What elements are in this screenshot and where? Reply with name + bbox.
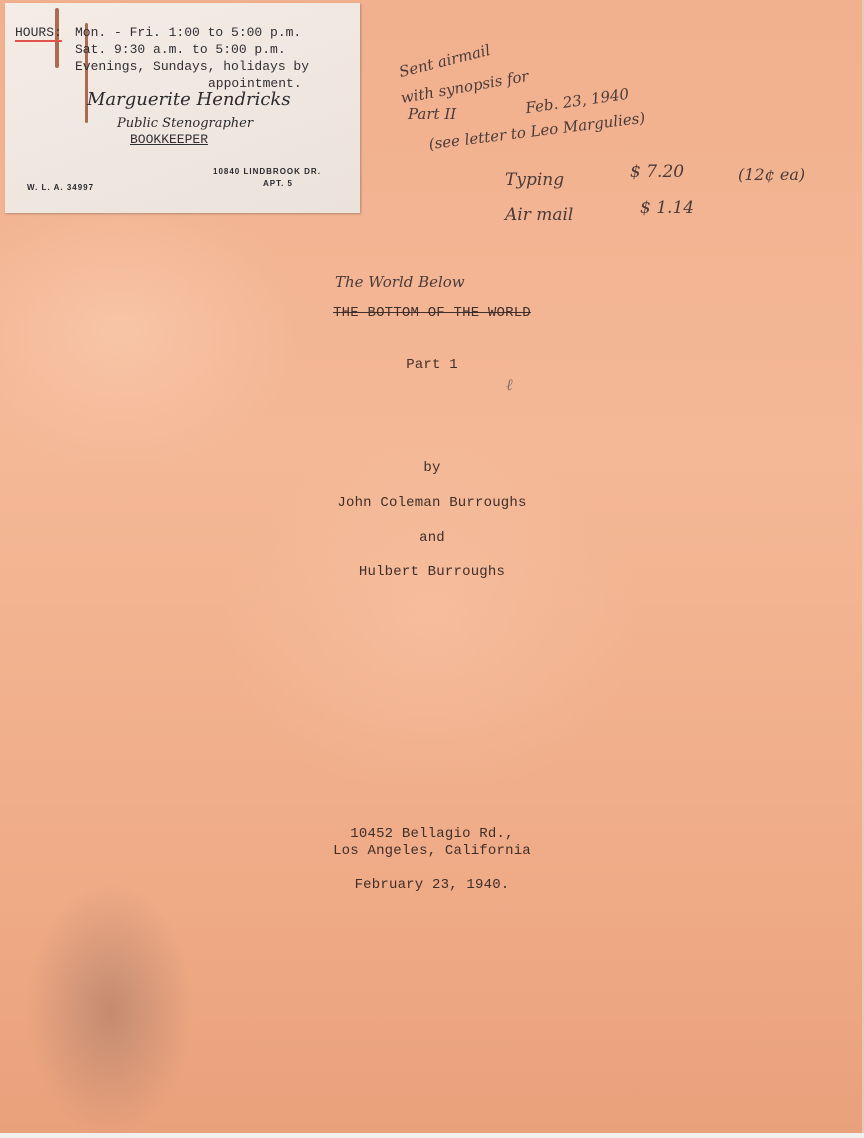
author-1: John Coleman Burroughs xyxy=(0,495,864,511)
note-line: Typing xyxy=(505,170,564,190)
card-title: Public Stenographer xyxy=(117,116,253,131)
author-2: Hulbert Burroughs xyxy=(0,564,864,580)
and-label: and xyxy=(0,530,864,546)
handwritten-title: The World Below xyxy=(335,273,465,291)
note-line: Air mail xyxy=(505,205,573,225)
card-address-line1: 10840 LINDBROOK DR. xyxy=(213,167,321,176)
note-line: Part II xyxy=(408,105,456,123)
part-label: Part 1 xyxy=(0,357,864,373)
by-label: by xyxy=(0,460,864,476)
card-phone: W. L. A. 34997 xyxy=(27,183,94,192)
hours-line-2: Sat. 9:30 a.m. to 5:00 p.m. xyxy=(75,42,286,57)
note-line: $ 7.20 xyxy=(630,162,684,182)
struck-title: THE BOTTOM OF THE WORLD xyxy=(333,305,531,321)
note-line: (12¢ ea) xyxy=(738,165,805,184)
card-name: Marguerite Hendricks xyxy=(87,89,291,110)
date: February 23, 1940. xyxy=(0,877,864,893)
manuscript-page: HOURS: Mon. - Fri. 1:00 to 5:00 p.m. Sat… xyxy=(0,0,864,1133)
card-role: BOOKKEEPER xyxy=(130,132,208,147)
note-line: $ 1.14 xyxy=(640,198,694,218)
address-line-2: Los Angeles, California xyxy=(0,843,864,859)
card-address-line2: APT. 5 xyxy=(263,179,293,188)
address-line-1: 10452 Bellagio Rd., xyxy=(0,826,864,842)
hours-label: HOURS: xyxy=(15,25,62,42)
hours-line-1: Mon. - Fri. 1:00 to 5:00 p.m. xyxy=(75,25,301,40)
pencil-mark: ℓ xyxy=(506,375,513,395)
hours-line-3: Evenings, Sundays, holidays by xyxy=(75,59,309,74)
business-card: HOURS: Mon. - Fri. 1:00 to 5:00 p.m. Sat… xyxy=(5,3,360,213)
